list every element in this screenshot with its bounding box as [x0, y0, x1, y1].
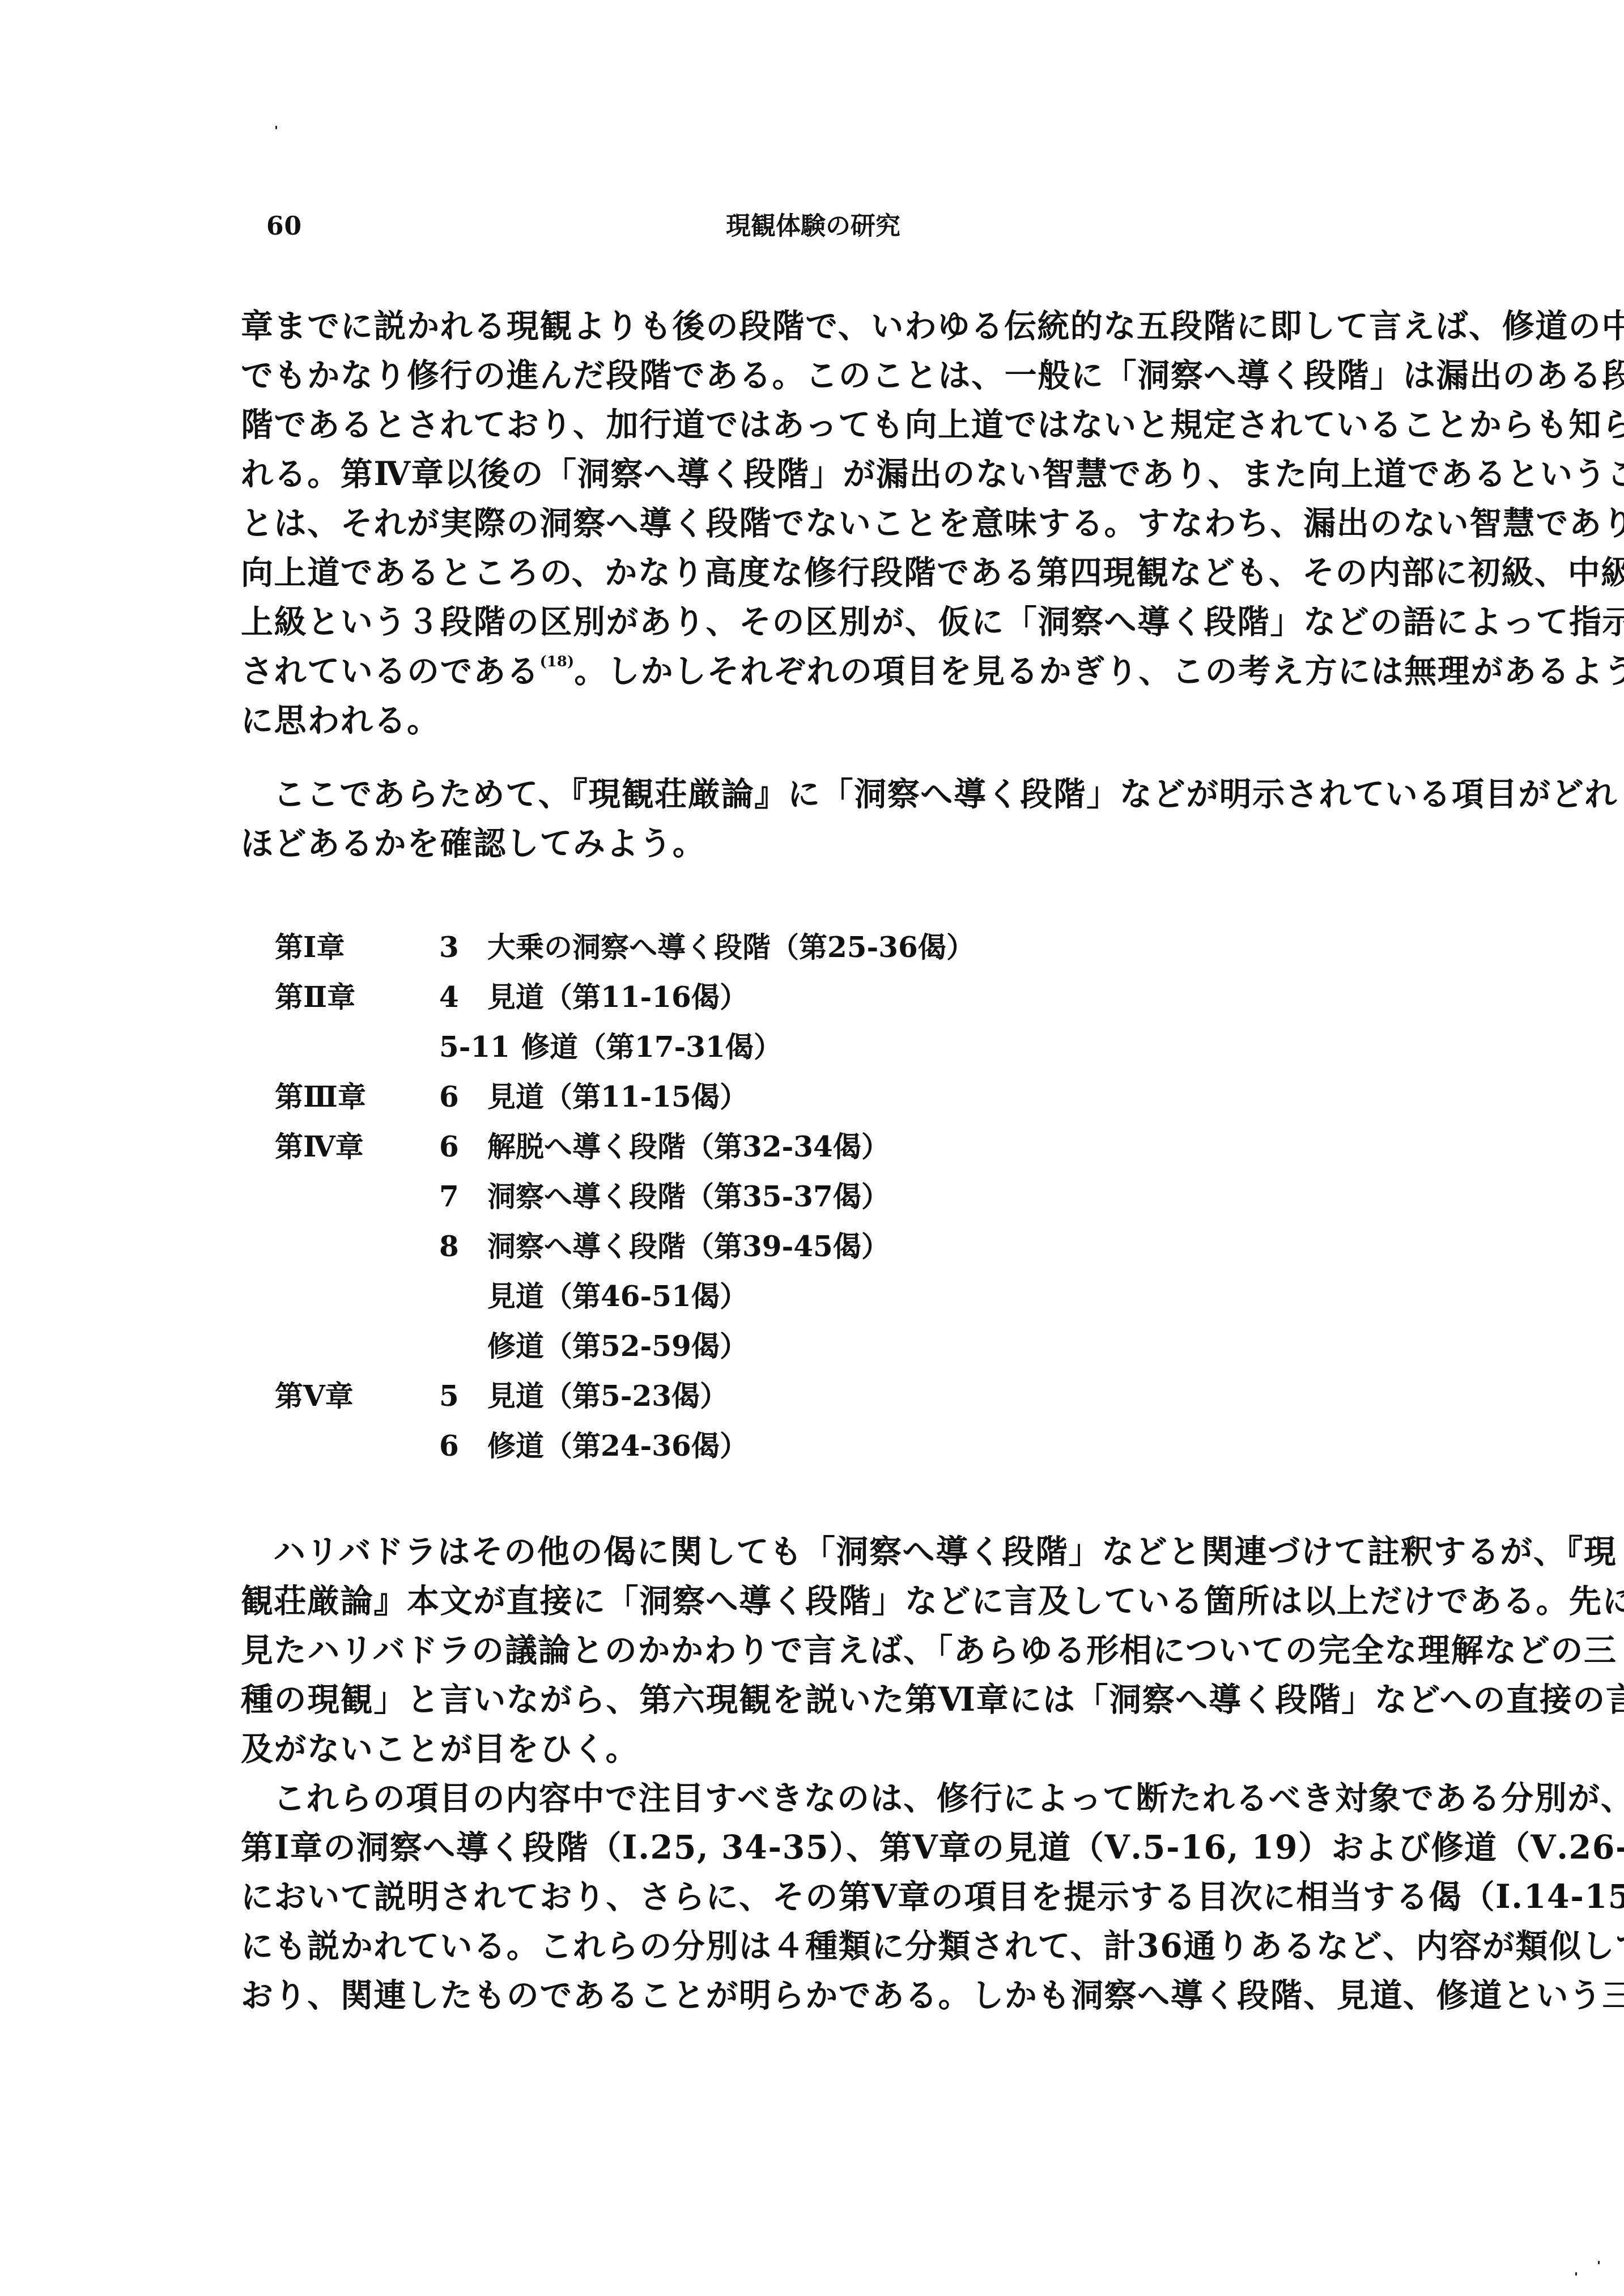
scan-speck: [1598, 2261, 1600, 2264]
text-line: に思われる。: [241, 696, 1363, 745]
text-line-with-footnote: されているのである(18)。しかしそれぞれの項目を見るかぎり、この考え方には無理…: [241, 647, 1363, 696]
list-chapter: 第Ⅱ章: [275, 972, 355, 1022]
paragraph-4: これらの項目の内容中で注目すべきなのは、修行によって断たれるべき対象である分別が…: [241, 1774, 1363, 2020]
paragraph-2: ここであらためて、『現観荘厳論』に「洞察へ導く段階」などが明示されている項目がど…: [241, 769, 1363, 868]
list-row: 7 洞察へ導く段階（第35-37偈）: [0, 1172, 1624, 1222]
paragraph-1: 章までに説かれる現観よりも後の段階で、いわゆる伝統的な五段階に即して言えば、修道…: [241, 301, 1363, 745]
text-line: とは、それが実際の洞察へ導く段階でないことを意味する。すなわち、漏出のない智慧で…: [241, 499, 1363, 548]
list-item: 見道（第11-15偈）: [487, 1072, 748, 1122]
list-row: 第Ⅲ章 6 見道（第11-15偈）: [0, 1072, 1624, 1122]
list-item: 大乗の洞察へ導く段階（第25-36偈）: [487, 922, 975, 972]
list-row: 第Ⅱ章 4 見道（第11-16偈）: [0, 972, 1624, 1022]
list-number: 5: [439, 1371, 459, 1421]
list-chapter: 第Ⅳ章: [275, 1122, 364, 1172]
text-line: れる。第Ⅳ章以後の「洞察へ導く段階」が漏出のない智慧であり、また向上道であるとい…: [241, 449, 1363, 499]
paragraph-3: ハリバドラはその他の偈に関しても「洞察へ導く段階」などと関連づけて註釈するが、『…: [241, 1527, 1363, 1774]
list-item: 解脱へ導く段階（第32-34偈）: [487, 1122, 890, 1172]
text-segment: されているのである: [241, 652, 539, 690]
list-number: 6: [439, 1122, 459, 1172]
text-line: ほどあるかを確認してみよう。: [241, 819, 1363, 868]
text-line: これらの項目の内容中で注目すべきなのは、修行によって断たれるべき対象である分別が…: [241, 1774, 1363, 1823]
page-number: 60: [266, 204, 302, 249]
list-row: 第Ⅰ章 3 大乗の洞察へ導く段階（第25-36偈）: [0, 922, 1624, 972]
text-line: 第Ⅰ章の洞察へ導く段階（Ⅰ.25, 34-35）、第Ⅴ章の見道（Ⅴ.5-16, …: [241, 1823, 1363, 1872]
scan-speck: [275, 126, 277, 129]
text-line: でもかなり修行の進んだ段階である。このことは、一般に「洞察へ導く段階」は漏出のあ…: [241, 351, 1363, 400]
text-line: 見たハリバドラの議論とのかかわりで言えば、「あらゆる形相についての完全な理解など…: [241, 1626, 1363, 1675]
list-item: 洞察へ導く段階（第35-37偈）: [487, 1172, 890, 1222]
list-number: 6: [439, 1421, 459, 1471]
list-number: 5-11: [439, 1022, 510, 1072]
list-chapter: 第Ⅲ章: [275, 1072, 366, 1122]
list-number: 4: [439, 972, 459, 1022]
list-row: 第Ⅴ章 5 見道（第5-23偈）: [0, 1371, 1624, 1421]
text-line: 章までに説かれる現観よりも後の段階で、いわゆる伝統的な五段階に即して言えば、修道…: [241, 301, 1363, 351]
list-row: 第Ⅳ章 6 解脱へ導く段階（第32-34偈）: [0, 1122, 1624, 1172]
list-item: 洞察へ導く段階（第39-45偈）: [487, 1222, 890, 1272]
text-line: おり、関連したものであることが明らかである。しかも洞察へ導く段階、見道、修道とい…: [241, 1971, 1363, 2020]
text-segment: 。しかしそれぞれの項目を見るかぎり、この考え方には無理があるよう: [574, 652, 1624, 690]
page-header: 60 現観体験の研究: [0, 204, 1624, 249]
list-item: 見道（第5-23偈）: [487, 1371, 728, 1421]
text-line: ハリバドラはその他の偈に関しても「洞察へ導く段階」などと関連づけて註釈するが、『…: [241, 1527, 1363, 1576]
list-number: 3: [439, 922, 459, 972]
list-item: 修道（第52-59偈）: [487, 1321, 748, 1371]
text-line: にも説かれている。これらの分別は４種類に分類されて、計36通りあるなど、内容が類…: [241, 1921, 1363, 1971]
list-item: 修道（第24-36偈）: [487, 1421, 748, 1471]
text-line: において説明されており、さらに、その第Ⅴ章の項目を提示する目次に相当する偈（Ⅰ.…: [241, 1872, 1363, 1921]
list-row: 8 洞察へ導く段階（第39-45偈）: [0, 1222, 1624, 1272]
list-item: 見道（第46-51偈）: [487, 1272, 748, 1321]
text-line: 上級という３段階の区別があり、その区別が、仮に「洞察へ導く段階」などの語によって…: [241, 597, 1363, 647]
footnote-reference[interactable]: (18): [539, 653, 574, 670]
text-line: 種の現観」と言いながら、第六現観を説いた第Ⅵ章には「洞察へ導く段階」などへの直接…: [241, 1675, 1363, 1724]
list-row: 5-11 修道（第17-31偈）: [0, 1022, 1624, 1072]
list-number: 6: [439, 1072, 459, 1122]
text-line: 及がないことが目をひく。: [241, 1724, 1363, 1774]
list-chapter: 第Ⅰ章: [275, 922, 345, 972]
chapter-list: 第Ⅰ章 3 大乗の洞察へ導く段階（第25-36偈） 第Ⅱ章 4 見道（第11-1…: [0, 922, 1624, 1471]
list-row: 見道（第46-51偈）: [0, 1272, 1624, 1321]
list-item: 見道（第11-16偈）: [487, 972, 748, 1022]
text-line: 向上道であるところの、かなり高度な修行段階である第四現観なども、その内部に初級、…: [241, 548, 1363, 597]
text-line: ここであらためて、『現観荘厳論』に「洞察へ導く段階」などが明示されている項目がど…: [241, 769, 1363, 819]
list-chapter: 第Ⅴ章: [275, 1371, 354, 1421]
list-number: 7: [439, 1172, 459, 1222]
list-row: 修道（第52-59偈）: [0, 1321, 1624, 1371]
running-title: 現観体験の研究: [711, 204, 915, 249]
text-line: 階であるとされており、加行道ではあっても向上道ではないと規定されていることからも…: [241, 400, 1363, 449]
list-item: 修道（第17-31偈）: [521, 1022, 782, 1072]
text-line: 観荘厳論』本文が直接に「洞察へ導く段階」などに言及している箇所は以上だけである。…: [241, 1576, 1363, 1626]
list-number: 8: [439, 1222, 459, 1272]
list-row: 6 修道（第24-36偈）: [0, 1421, 1624, 1471]
scan-speck: [1575, 2272, 1577, 2276]
